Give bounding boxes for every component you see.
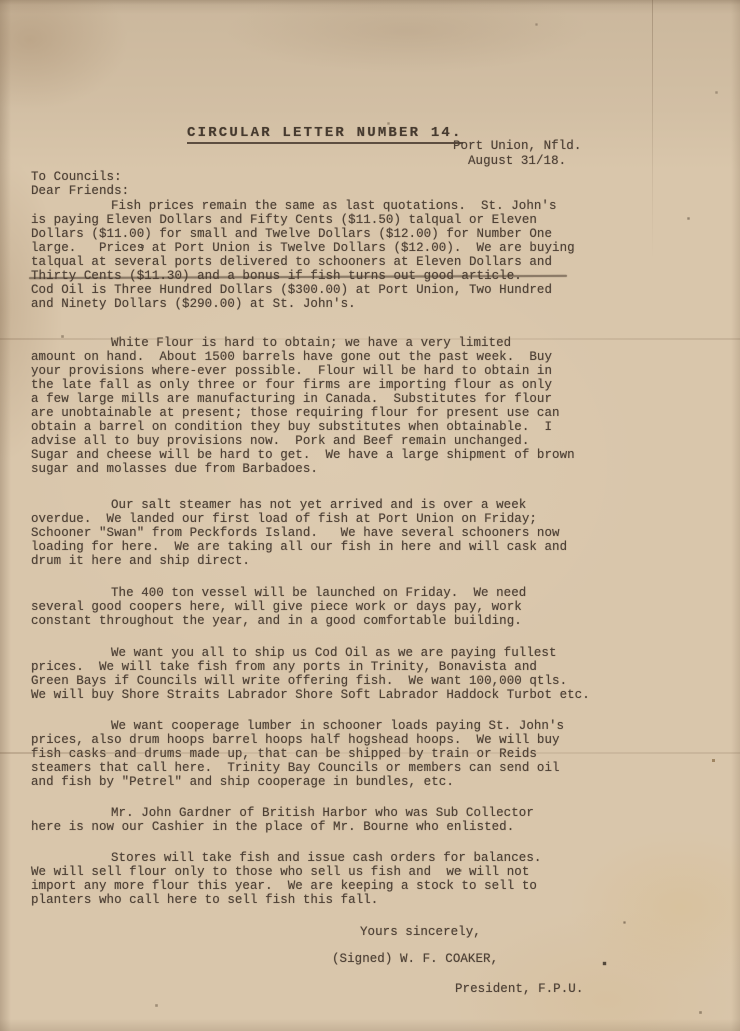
valediction: Yours sincerely, [360, 925, 481, 939]
letter-paragraph-stores: Stores will take fish and issue cash ord… [31, 851, 631, 907]
signature: (Signed) W. F. COAKER, [332, 952, 498, 966]
ink-specks [0, 0, 1, 1]
salutation-to-councils: To Councils: [31, 170, 122, 184]
letter-paragraph-cod-oil: We want you all to ship us Cod Oil as we… [31, 646, 631, 702]
paper-sheet: CIRCULAR LETTER NUMBER 14. Port Union, N… [0, 0, 740, 1031]
letter-paragraph-gardner: Mr. John Gardner of British Harbor who w… [31, 806, 631, 834]
signer-title: President, F.P.U. [455, 982, 583, 996]
page-title: CIRCULAR LETTER NUMBER 14. [187, 126, 463, 144]
letter-place: Port Union, Nfld. [453, 139, 581, 153]
letter-paragraph-cooperage: We want cooperage lumber in schooner loa… [31, 719, 631, 789]
letter-date: August 31/18. [468, 154, 566, 168]
letter-paragraph-salt-steamer: Our salt steamer has not yet arrived and… [31, 498, 631, 568]
letter-paragraph-fish-prices: Fish prices remain the same as last quot… [31, 199, 631, 311]
salutation-dear-friends: Dear Friends: [31, 184, 129, 198]
letter-paragraph-white-flour: White Flour is hard to obtain; we have a… [31, 336, 631, 476]
letter-paragraph-vessel-launch: The 400 ton vessel will be launched on F… [31, 586, 631, 628]
crease-line-vertical [652, 0, 653, 260]
